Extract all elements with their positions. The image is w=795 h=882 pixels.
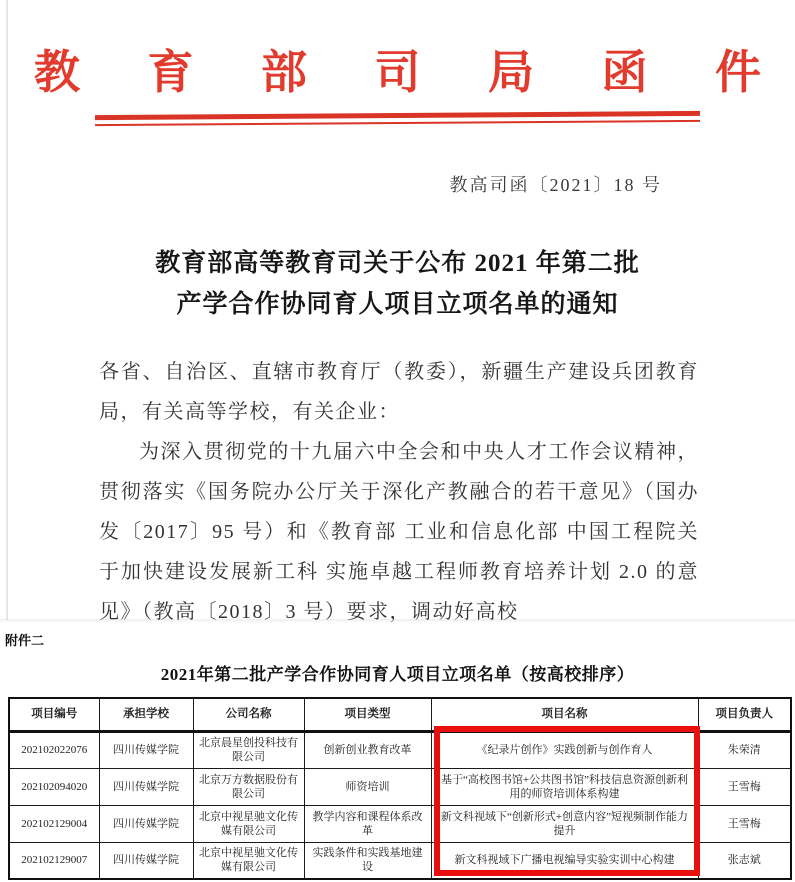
cell-school: 四川传媒学院 [99,842,193,879]
letterhead-divider-thin-line [95,120,700,126]
letterhead-divider [95,111,700,126]
table-row: 202102022076 四川传媒学院 北京晨星创投科技有限公司 创新创业教育改… [9,731,791,768]
cell-project-type: 教学内容和课程体系改革 [304,805,431,842]
cell-project-leader: 朱荣清 [698,731,791,768]
document-title: 教育部高等教育司关于公布 2021 年第二批 产学合作协同育人项目立项名单的通知 [0,243,795,325]
document-number: 教高司函〔2021〕18 号 [450,171,663,197]
cell-project-type: 创新创业教育改革 [304,731,431,768]
column-header-project-type: 项目类型 [304,698,431,731]
cell-project-id: 202102094020 [9,768,99,805]
cell-company: 北京万方数据股份有限公司 [193,768,304,805]
cell-project-id: 202102129004 [9,805,99,842]
table-row: 202102094020 四川传媒学院 北京万方数据股份有限公司 师资培训 基于… [9,768,791,805]
cell-school: 四川传媒学院 [99,731,193,768]
column-header-company: 公司名称 [193,698,304,731]
cell-project-name: 基于“高校图书馆+公共图书馆”科技信息资源创新利用的师资培训体系构建 [431,768,698,805]
cell-project-leader: 王雪梅 [698,768,791,805]
attachment-table-title: 2021年第二批产学合作协同育人项目立项名单（按高校排序） [0,660,795,685]
cell-company: 北京晨星创投科技有限公司 [193,731,304,768]
cell-project-id: 202102022076 [9,731,99,768]
document-title-line2: 产学合作协同育人项目立项名单的通知 [0,284,795,325]
cell-project-id: 202102129007 [9,842,99,879]
cell-company: 北京中视星驰文化传媒有限公司 [193,842,304,879]
cell-project-type: 师资培训 [304,768,431,805]
scan-artifact-image-seam [0,619,795,623]
cell-project-name: 新文科视域下广播电视编导实验实训中心构建 [431,842,698,879]
attachment-label: 附件二 [5,630,44,649]
letter-body: 各省、自治区、直辖市教育厅（教委），新疆生产建设兵团教育局，有关高等学校，有关企… [99,352,699,632]
letterhead-title: 教 育 部 司 局 函 件 [0,36,795,102]
cell-project-name: 《纪录片创作》实践创新与创作育人 [431,731,698,768]
scanned-document-page: 教 育 部 司 局 函 件 教高司函〔2021〕18 号 教育部高等教育司关于公… [0,0,795,882]
projects-table: 项目编号 承担学校 公司名称 项目类型 项目名称 项目负责人 202102022… [8,697,792,880]
cell-company: 北京中视星驰文化传媒有限公司 [193,805,304,842]
letter-paragraph: 为深入贯彻党的十九届六中全会和中央人才工作会议精神，贯彻落实《国务院办公厅关于深… [99,432,699,632]
table-row: 202102129007 四川传媒学院 北京中视星驰文化传媒有限公司 实践条件和… [9,842,791,879]
letter-salutation: 各省、自治区、直辖市教育厅（教委），新疆生产建设兵团教育局，有关高等学校，有关企… [99,352,699,432]
column-header-project-id: 项目编号 [9,698,99,731]
column-header-school: 承担学校 [99,698,193,731]
cell-project-type: 实践条件和实践基地建设 [304,842,431,879]
column-header-project-name: 项目名称 [431,698,698,731]
column-header-project-leader: 项目负责人 [698,698,791,731]
table-header-row: 项目编号 承担学校 公司名称 项目类型 项目名称 项目负责人 [9,698,791,731]
cell-school: 四川传媒学院 [99,768,193,805]
cell-project-name: 新文科视域下“创新形式+创意内容”短视频制作能力提升 [431,805,698,842]
cell-project-leader: 张志斌 [698,842,791,879]
cell-project-leader: 王雪梅 [698,805,791,842]
table-row: 202102129004 四川传媒学院 北京中视星驰文化传媒有限公司 教学内容和… [9,805,791,842]
letterhead-divider-thick-line [95,111,700,120]
cell-school: 四川传媒学院 [99,805,193,842]
document-title-line1: 教育部高等教育司关于公布 2021 年第二批 [0,243,795,284]
